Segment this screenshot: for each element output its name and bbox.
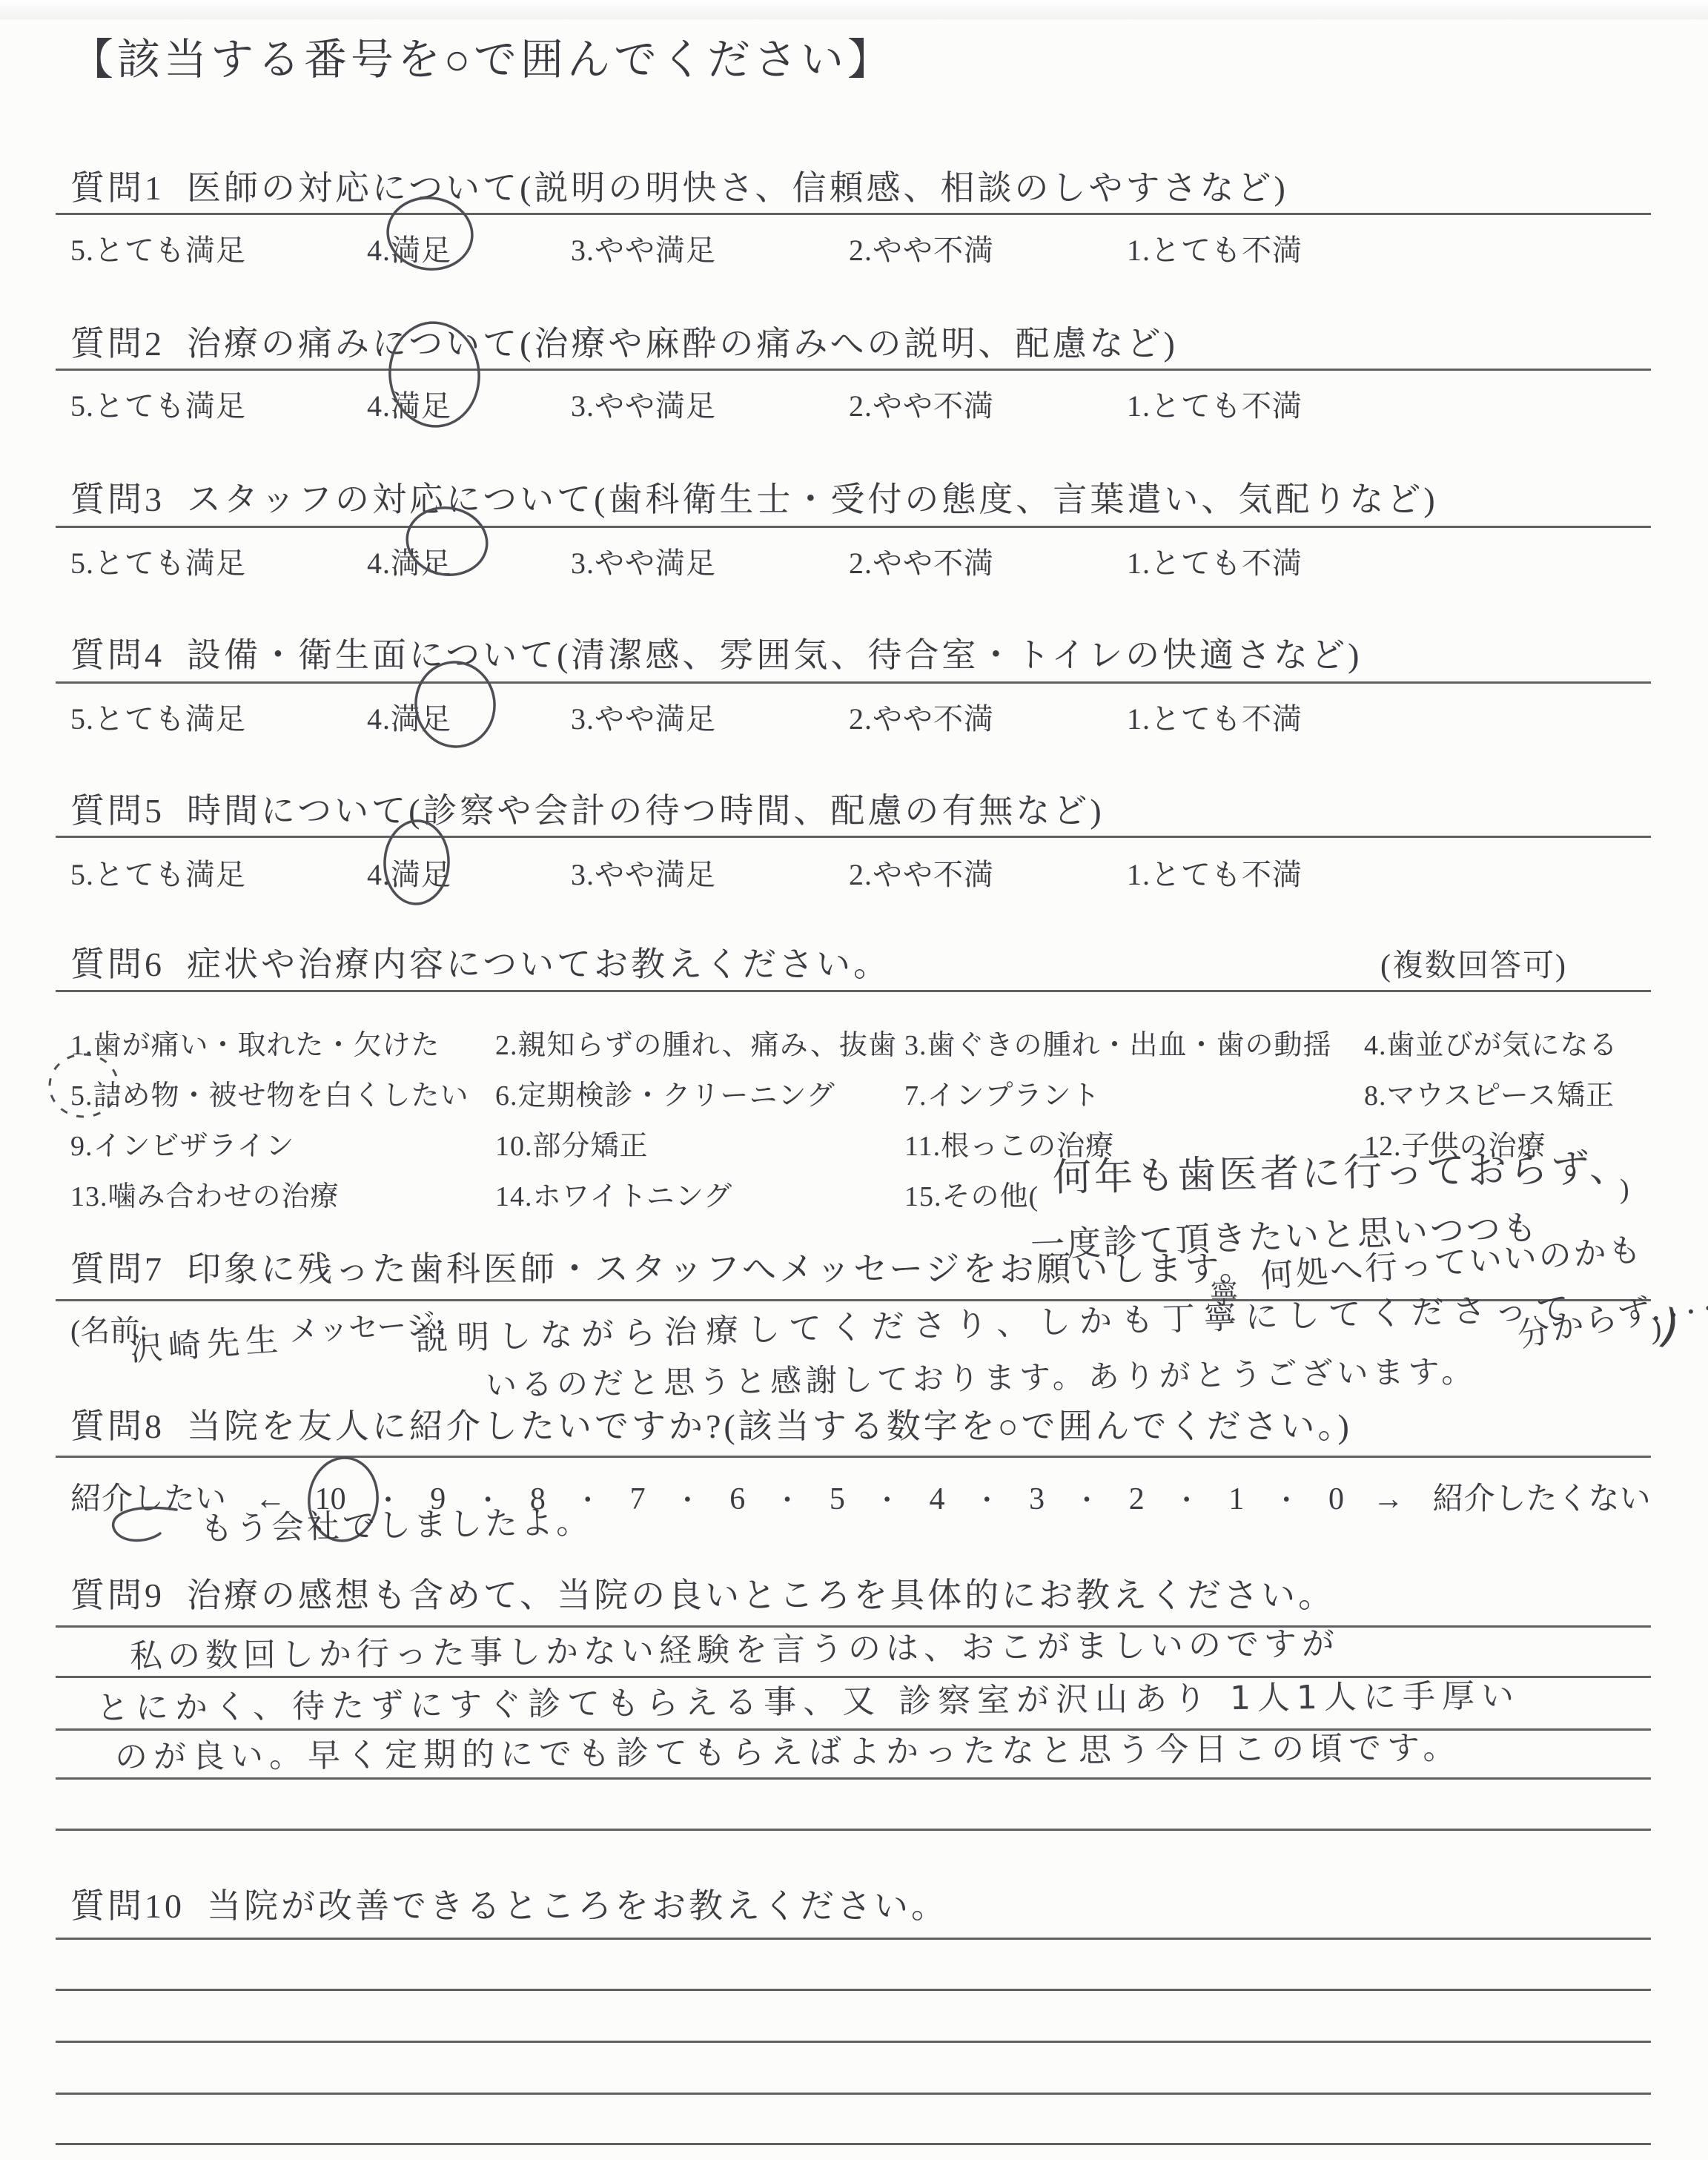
symptom-option-8: 8.マウスピース矯正 [1364,1072,1615,1113]
rating-option-selected: 4.満足 [367,227,451,269]
scale-number: 3 [1029,1482,1045,1517]
name-field-close-paren: ) [1652,1311,1661,1346]
symptom-option-14: 14.ホワイトニング [495,1173,732,1214]
page-title: 【該当する番号を○で囲んでください】 [70,36,894,85]
rating-option-selected: 4.満足 [367,696,451,738]
survey-form-page: 【該当する番号を○で囲んでください】 質問1医師の対応について(説明の明快さ、信… [0,0,1708,2160]
rating-option: 5.とても満足 [70,540,246,582]
rating-option: 3.やや満足 [571,540,716,582]
handwritten-message-line2: いるのだと思うと感謝しております。ありがとうございます。 [486,1356,1477,1401]
scale-dot: ・ [1073,1479,1100,1517]
rating-option: 2.やや不満 [849,383,994,425]
handwritten-feedback-line3: のが良い。早く定期的にでも診てもらえばよかったなと思う今日この頃です。 [115,1732,1462,1774]
question-2-header: 質問2治療の痛みについて(治療や麻酔の痛みへの説明、配慮など) [70,325,1178,364]
handwritten-message-line1: 説明しながら治療してくださり、しかも丁寧にしてくださって [415,1292,1578,1355]
question-1-title: 医師の対応について(説明の明快さ、信頼感、相談のしやすさなど) [187,169,1288,207]
handwritten-doctor-name: 沢崎先生 [129,1324,285,1367]
rating-option: 5.とても満足 [70,696,246,738]
question-9-header: 質問9治療の感想も含めて、当院の良いところを具体的にお教えください。 [70,1576,1335,1616]
question-7-header: 質問7印象に残った歯科医師・スタッフへメッセージをお願いします。 [70,1250,1257,1289]
symptom-option-15: 15.その他( [904,1173,1039,1214]
symptom-option-5-selected: 5.詰め物・被せ物を白くしたい [70,1072,469,1113]
ruled-line [56,213,1651,215]
rating-option: 2.やや不満 [849,851,994,894]
scale-number: 4 [929,1482,944,1517]
symptom-option-3: 3.歯ぐきの腫れ・出血・歯の動揺 [904,1022,1332,1063]
rating-option-selected: 4.満足 [367,851,451,894]
question-6-header: 質問6症状や治療内容についてお教えください。 [70,945,890,985]
scale-number: 2 [1129,1482,1145,1517]
question-5-header: 質問5時間について(診察や会計の待つ時間、配慮の有無など) [70,792,1105,831]
rating-option: 3.やや満足 [571,227,716,269]
handwritten-other-answer: 何年も歯医者に行っておらず、 [1053,1149,1632,1198]
rating-option-selected: 4.満足 [367,540,451,582]
rating-option: 3.やや満足 [571,851,716,894]
question-2-title: 治療の痛みについて(治療や麻酔の痛みへの説明、配慮など) [187,325,1178,363]
question-7-label: 質問7 [70,1250,165,1288]
symptom-option-4: 4.歯並びが気になる [1364,1022,1618,1063]
question-5-label: 質問5 [70,792,165,830]
question-3-title: スタッフの対応について(歯科衛生士・受付の態度、言葉遣い、気配りなど) [187,480,1438,518]
question-8-title: 当院を友人に紹介したいですか?(該当する数字を○で囲んでください。) [187,1407,1352,1445]
symptom-option-6: 6.定期検診・クリーニング [495,1072,835,1113]
rating-option: 1.とても不満 [1127,540,1302,582]
question-10-label: 質問10 [70,1887,185,1925]
scale-number: 7 [630,1482,646,1517]
question-9-label: 質問9 [70,1576,165,1614]
question-3-header: 質問3スタッフの対応について(歯科衛生士・受付の態度、言葉遣い、気配りなど) [70,480,1438,520]
question-10-title: 当院が改善できるところをお教えください。 [207,1887,948,1925]
rating-option: 5.とても満足 [70,851,246,894]
scale-number: 6 [729,1482,745,1517]
scale-dot: ・ [774,1479,801,1517]
ruled-line [56,2041,1651,2043]
question-4-title: 設備・衛生面について(清潔感、雰囲気、待合室・トイレの快適さなど) [187,636,1362,674]
question-5-title: 時間について(診察や会計の待つ時間、配慮の有無など) [187,792,1105,830]
question-1-header: 質問1医師の対応について(説明の明快さ、信頼感、相談のしやすさなど) [70,169,1288,208]
ruled-line [56,1829,1651,1831]
ruled-line [56,836,1651,838]
handwritten-correction-char: 寧 [1210,1280,1238,1308]
handwritten-feedback-line2: とにかく、待たずにすぐ診てもらえる事、又 診察室が沢山あり 1人1人に手厚い [96,1680,1520,1725]
ruled-line [56,1625,1651,1628]
rating-option: 3.やや満足 [571,383,716,425]
scale-dot: ・ [973,1479,1000,1517]
symptom-option-2: 2.親知らずの腫れ、痛み、抜歯 [495,1022,897,1063]
scale-number: 0 [1328,1482,1344,1517]
symptom-option-1: 1.歯が痛い・取れた・欠けた [70,1022,440,1063]
scale-dot: ・ [1273,1479,1300,1517]
rating-option: 1.とても不満 [1127,696,1302,738]
handwritten-scale-note: もう会社でしましたよ。 [200,1506,592,1545]
rating-option: 1.とても不満 [1127,851,1302,894]
scale-dot: ・ [874,1479,901,1517]
question-6-label: 質問6 [70,945,165,983]
symptom-option-7: 7.インプラント [904,1072,1101,1113]
rating-option-selected: 4.満足 [367,383,451,425]
ruled-line [56,1777,1651,1780]
scale-dot: ・ [1174,1479,1200,1517]
ruled-line [56,681,1651,684]
question-4-header: 質問4設備・衛生面について(清潔感、雰囲気、待合室・トイレの快適さなど) [70,636,1362,676]
rating-option: 2.やや不満 [849,227,994,269]
scale-right-label: 紹介したくない [1433,1474,1651,1519]
ruled-line [56,1989,1651,1991]
ruled-line [56,1456,1651,1458]
rating-option: 5.とても満足 [70,227,246,269]
symptom-option-9: 9.インビザライン [70,1123,294,1163]
question-7-title: 印象に残った歯科医師・スタッフへメッセージをお願いします。 [187,1250,1257,1288]
rating-option: 5.とても満足 [70,383,246,425]
question-9-title: 治療の感想も含めて、当院の良いところを具体的にお教えください。 [187,1576,1335,1614]
question-2-label: 質問2 [70,325,165,363]
question-6-title: 症状や治療内容についてお教えください。 [187,945,890,983]
question-8-label: 質問8 [70,1407,165,1445]
ruled-line [56,2143,1651,2145]
handwritten-feedback-line1: 私の数回しか行った事しかない経験を言うのは、おこがましいのですが [130,1628,1340,1673]
question-1-label: 質問1 [70,169,165,207]
ruled-line [56,1938,1651,1940]
ruled-line [56,990,1651,992]
question-8-header: 質問8当院を友人に紹介したいですか?(該当する数字を○で囲んでください。) [70,1407,1352,1447]
ruled-line [56,2093,1651,2095]
rating-option: 2.やや不満 [849,540,994,582]
multiple-answers-note: (複数回答可) [1380,948,1567,984]
ruled-line [56,526,1651,528]
rating-option: 3.やや満足 [571,696,716,738]
symptom-option-13: 13.噛み合わせの治療 [70,1173,340,1214]
question-4-label: 質問4 [70,636,165,674]
right-arrow-icon: → [1373,1482,1404,1517]
scale-dot: ・ [674,1479,701,1517]
rating-option: 2.やや不満 [849,696,994,738]
scale-number: 1 [1228,1482,1244,1517]
symptom-option-10: 10.部分矯正 [495,1123,649,1163]
question-10-header: 質問10当院が改善できるところをお教えください。 [70,1887,948,1926]
question-3-label: 質問3 [70,480,165,518]
scale-number: 5 [830,1482,845,1517]
ruled-line [56,369,1651,371]
scan-artifact [0,0,1708,19]
rating-option: 1.とても不満 [1127,383,1302,425]
rating-option: 1.とても不満 [1127,227,1302,269]
